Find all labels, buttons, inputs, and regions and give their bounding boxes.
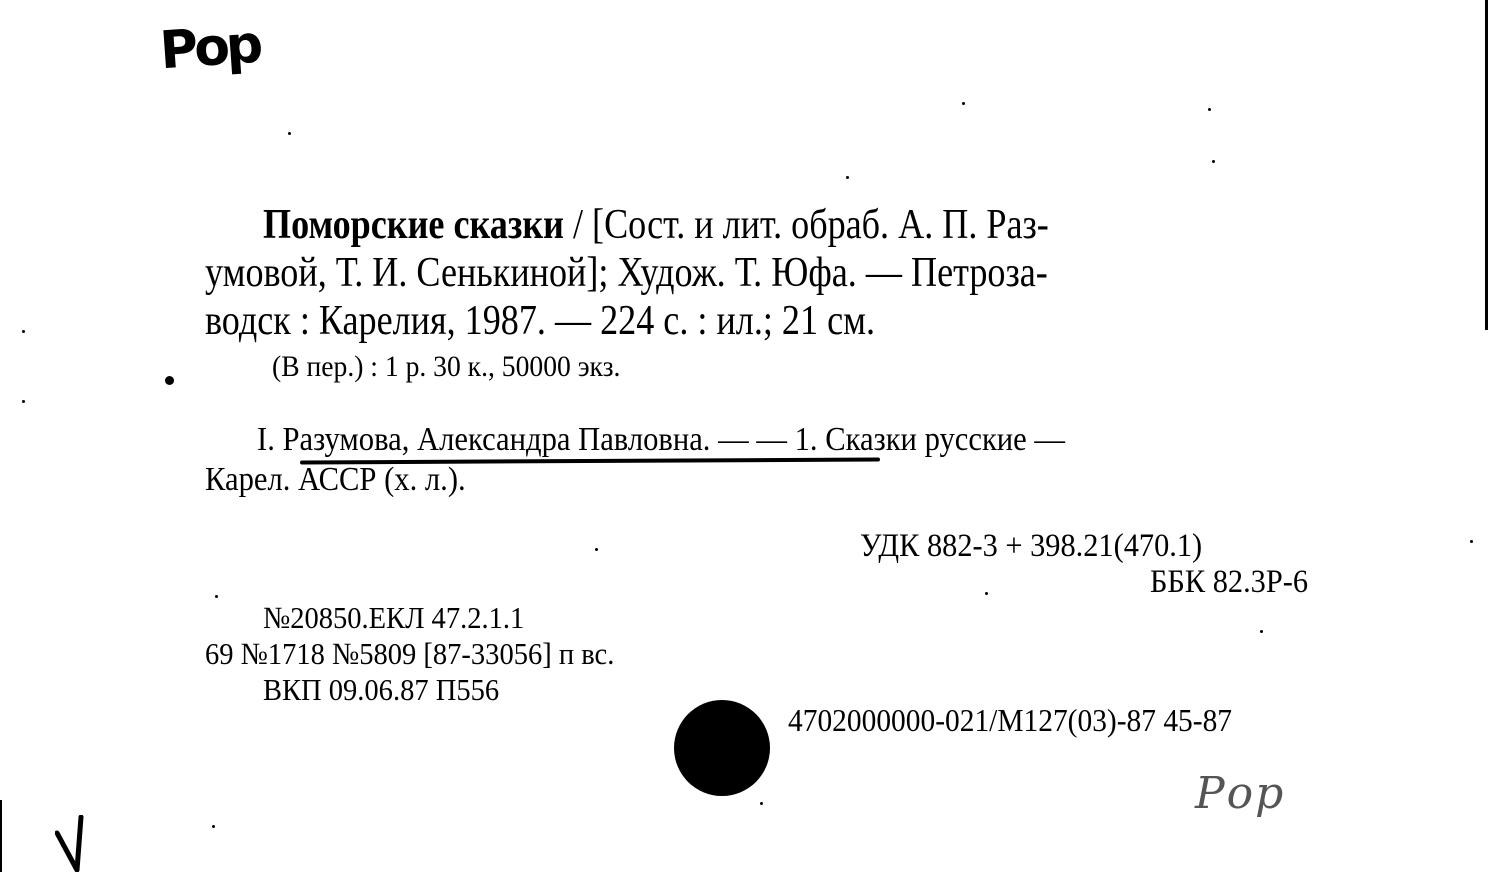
speck bbox=[1212, 160, 1215, 163]
title-line-1: Поморские сказки / [Сост. и лит. обраб. … bbox=[263, 200, 1049, 250]
bullet-mark bbox=[165, 376, 174, 385]
card-edge-shadow-left bbox=[0, 800, 2, 872]
speck bbox=[760, 802, 763, 805]
check-mark-icon bbox=[55, 815, 95, 872]
speck bbox=[22, 400, 25, 403]
speck bbox=[288, 132, 291, 135]
catalog-card: Рор Поморские сказки / [Сост. и лит. обр… bbox=[0, 0, 1488, 872]
speck bbox=[215, 595, 218, 598]
bbk-classification: ББК 82.3Р-6 bbox=[1150, 564, 1308, 601]
speck bbox=[22, 330, 25, 333]
code-line-1: №20850.ЕКЛ 47.2.1.1 bbox=[263, 600, 524, 636]
tracing-line-2: Карел. АССР (х. л.). bbox=[205, 460, 466, 500]
tracing-line-1: I. Разумова, Александра Павловна. — — 1.… bbox=[257, 420, 1065, 460]
speck bbox=[962, 102, 965, 105]
speck bbox=[1470, 540, 1473, 543]
code-line-2: 69 №1718 №5809 [87-33056] п вс. bbox=[205, 636, 614, 672]
book-title: Поморские сказки bbox=[263, 202, 564, 248]
code-line-3: ВКП 09.06.87 П556 bbox=[263, 672, 499, 708]
publisher-code: 4702000000-021/М127(03)-87 45-87 bbox=[788, 702, 1232, 739]
added-author: Разумова, Александра Павловна. bbox=[282, 421, 710, 458]
title-line-3: водск : Карелия, 1987. — 224 с. : ил.; 2… bbox=[205, 296, 875, 346]
speck bbox=[985, 592, 988, 595]
speck bbox=[595, 548, 598, 551]
speck bbox=[1208, 108, 1211, 111]
price-line: (В пер.) : 1 р. 30 к., 50000 экз. bbox=[272, 350, 620, 384]
handwritten-note-bottom: Рор bbox=[1195, 768, 1285, 819]
speck bbox=[212, 825, 215, 828]
handwritten-note-top: Рор bbox=[158, 15, 261, 82]
speck bbox=[846, 176, 849, 179]
title-line-2: умовой, Т. И. Сенькиной]; Худож. Т. Юфа.… bbox=[205, 248, 1048, 298]
speck bbox=[1260, 630, 1263, 633]
udk-classification: УДК 882-3 + 398.21(470.1) bbox=[860, 528, 1202, 565]
punch-hole bbox=[674, 700, 770, 796]
